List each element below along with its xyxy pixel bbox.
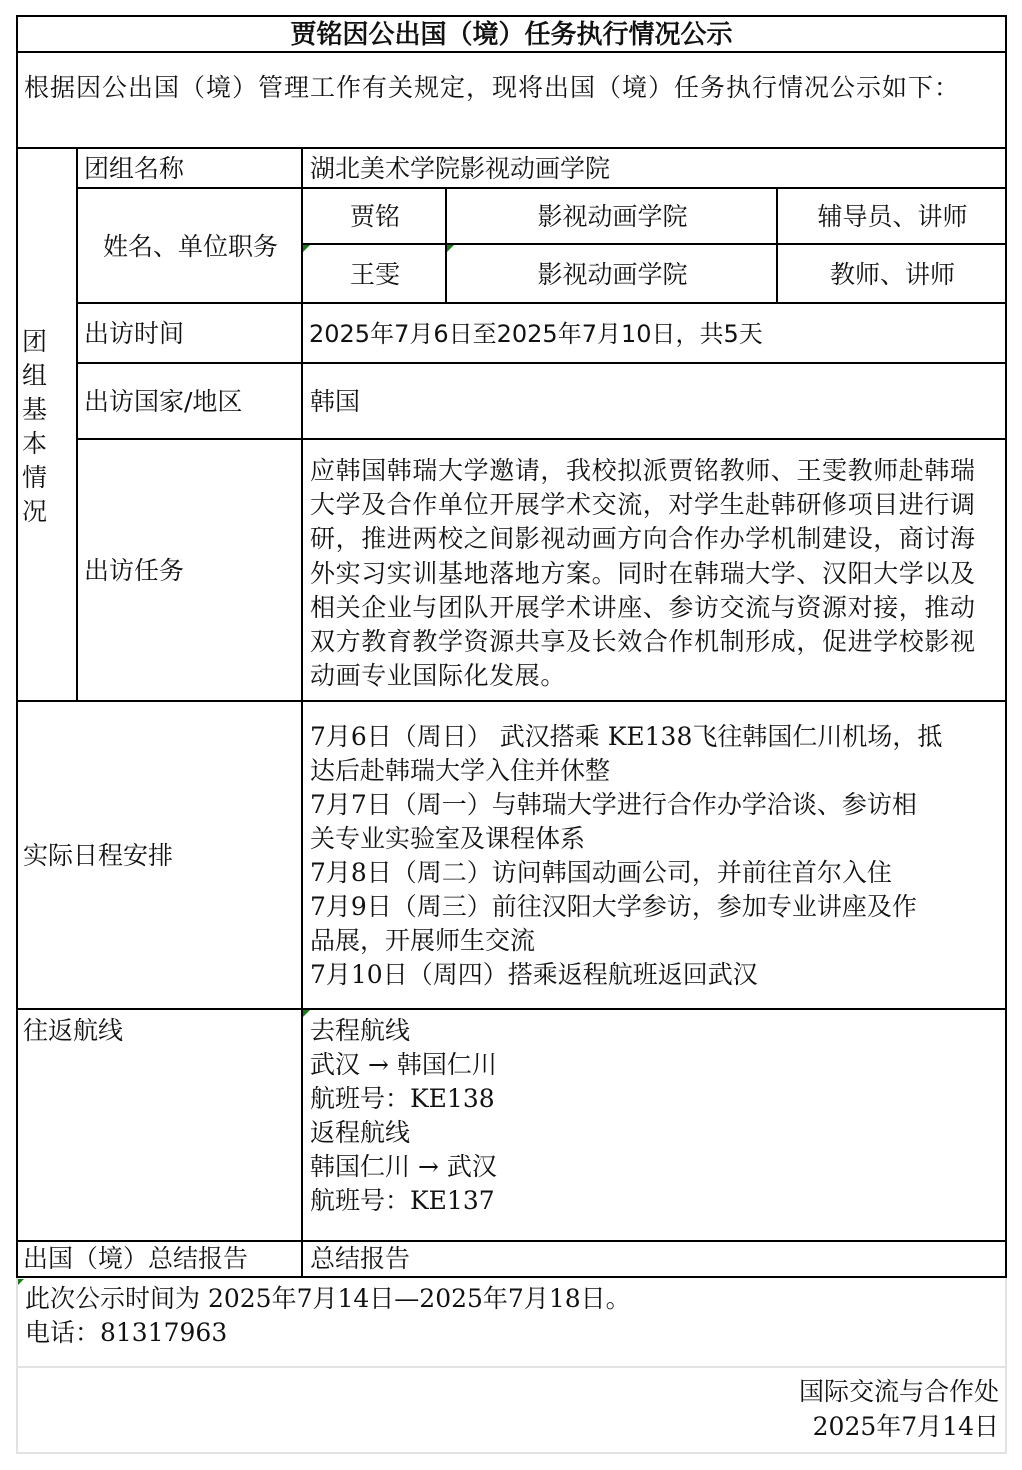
member-title: 教师、讲师 <box>776 243 1007 304</box>
department-name: 国际交流与合作处 <box>18 1374 999 1409</box>
schedule-line: 7月7日（周一）与韩瑞大学进行合作办学洽谈、参访相 <box>310 788 1003 822</box>
schedule-label: 实际日程安排 <box>18 700 303 1010</box>
member-name: 王雯 <box>301 243 447 304</box>
comment-marker-icon <box>303 245 310 252</box>
member-name: 贾铭 <box>301 187 447 245</box>
flight-line: 航班号：KE138 <box>310 1082 1007 1116</box>
flight-line: 韩国仁川 → 武汉 <box>310 1150 1007 1184</box>
footer-notice-block: 此次公示时间为 2025年7月14日—2025年7月18日。 电话：813179… <box>16 1278 1007 1368</box>
flights-label: 往返航线 <box>18 1008 303 1242</box>
schedule-line: 7月9日（周三）前往汉阳大学参访，参加专业讲座及作 <box>310 890 1003 924</box>
schedule-line: 7月8日（周二）访问韩国动画公司，并前往首尔入住 <box>310 856 1003 890</box>
flight-line: 去程航线 <box>310 1014 1007 1048</box>
contact-phone: 电话：81317963 <box>25 1316 1005 1350</box>
footer-signature-block: 国际交流与合作处 2025年7月14日 <box>16 1366 1007 1454</box>
intro-text: 根据因公出国（境）管理工作有关规定，现将出国（境）任务执行情况公示如下： <box>18 51 1005 148</box>
schedule-line: 关专业实验室及课程体系 <box>310 822 1003 856</box>
notice-period: 此次公示时间为 2025年7月14日—2025年7月18日。 <box>25 1282 1005 1316</box>
page-title: 贾铭因公出国（境）任务执行情况公示 <box>18 17 1005 52</box>
schedule-line: 7月10日（周四）搭乘返程航班返回武汉 <box>310 958 1003 992</box>
signature-date: 2025年7月14日 <box>18 1409 999 1444</box>
schedule-line: 品展，开展师生交流 <box>310 924 1003 958</box>
member-unit: 影视动画学院 <box>445 187 778 245</box>
schedule-line: 达后赴韩瑞大学入住并休整 <box>310 754 1003 788</box>
flight-line: 航班号：KE137 <box>310 1184 1007 1218</box>
visit-task-value: 应韩国韩瑞大学邀请，我校拟派贾铭教师、王雯教师赴韩瑞大学及合作单位开展学术交流，… <box>301 438 1007 702</box>
schedule-value: 7月6日（周日） 武汉搭乘 KE138飞往韩国仁川机场，抵 达后赴韩瑞大学入住并… <box>301 700 1007 1010</box>
member-unit: 影视动画学院 <box>445 243 778 304</box>
members-label: 姓名、单位职务 <box>76 187 303 304</box>
flights-value: 去程航线 武汉 → 韩国仁川 航班号：KE138 返程航线 韩国仁川 → 武汉 … <box>301 1008 1007 1242</box>
schedule-line: 7月6日（周日） 武汉搭乘 KE138飞往韩国仁川机场，抵 <box>310 720 1003 754</box>
member-title: 辅导员、讲师 <box>776 187 1007 245</box>
report-label: 出国（境）总结报告 <box>18 1240 303 1276</box>
visit-task-label: 出访任务 <box>76 438 303 702</box>
comment-marker-icon <box>447 245 454 252</box>
comment-marker-icon <box>303 1010 310 1017</box>
visit-time-value: 2025年7月6日至2025年7月10日，共5天 <box>301 302 1007 364</box>
visit-time-label: 出访时间 <box>76 302 303 364</box>
flight-line: 武汉 → 韩国仁川 <box>310 1048 1007 1082</box>
visit-country-value: 韩国 <box>301 362 1007 440</box>
group-name-label: 团组名称 <box>76 147 303 189</box>
visit-country-label: 出访国家/地区 <box>76 362 303 440</box>
group-name-value: 湖北美术学院影视动画学院 <box>301 147 1007 189</box>
flight-line: 返程航线 <box>310 1116 1007 1150</box>
group-section-label: 团组基本情况 <box>22 325 52 529</box>
report-link[interactable]: 总结报告 <box>301 1240 1007 1276</box>
